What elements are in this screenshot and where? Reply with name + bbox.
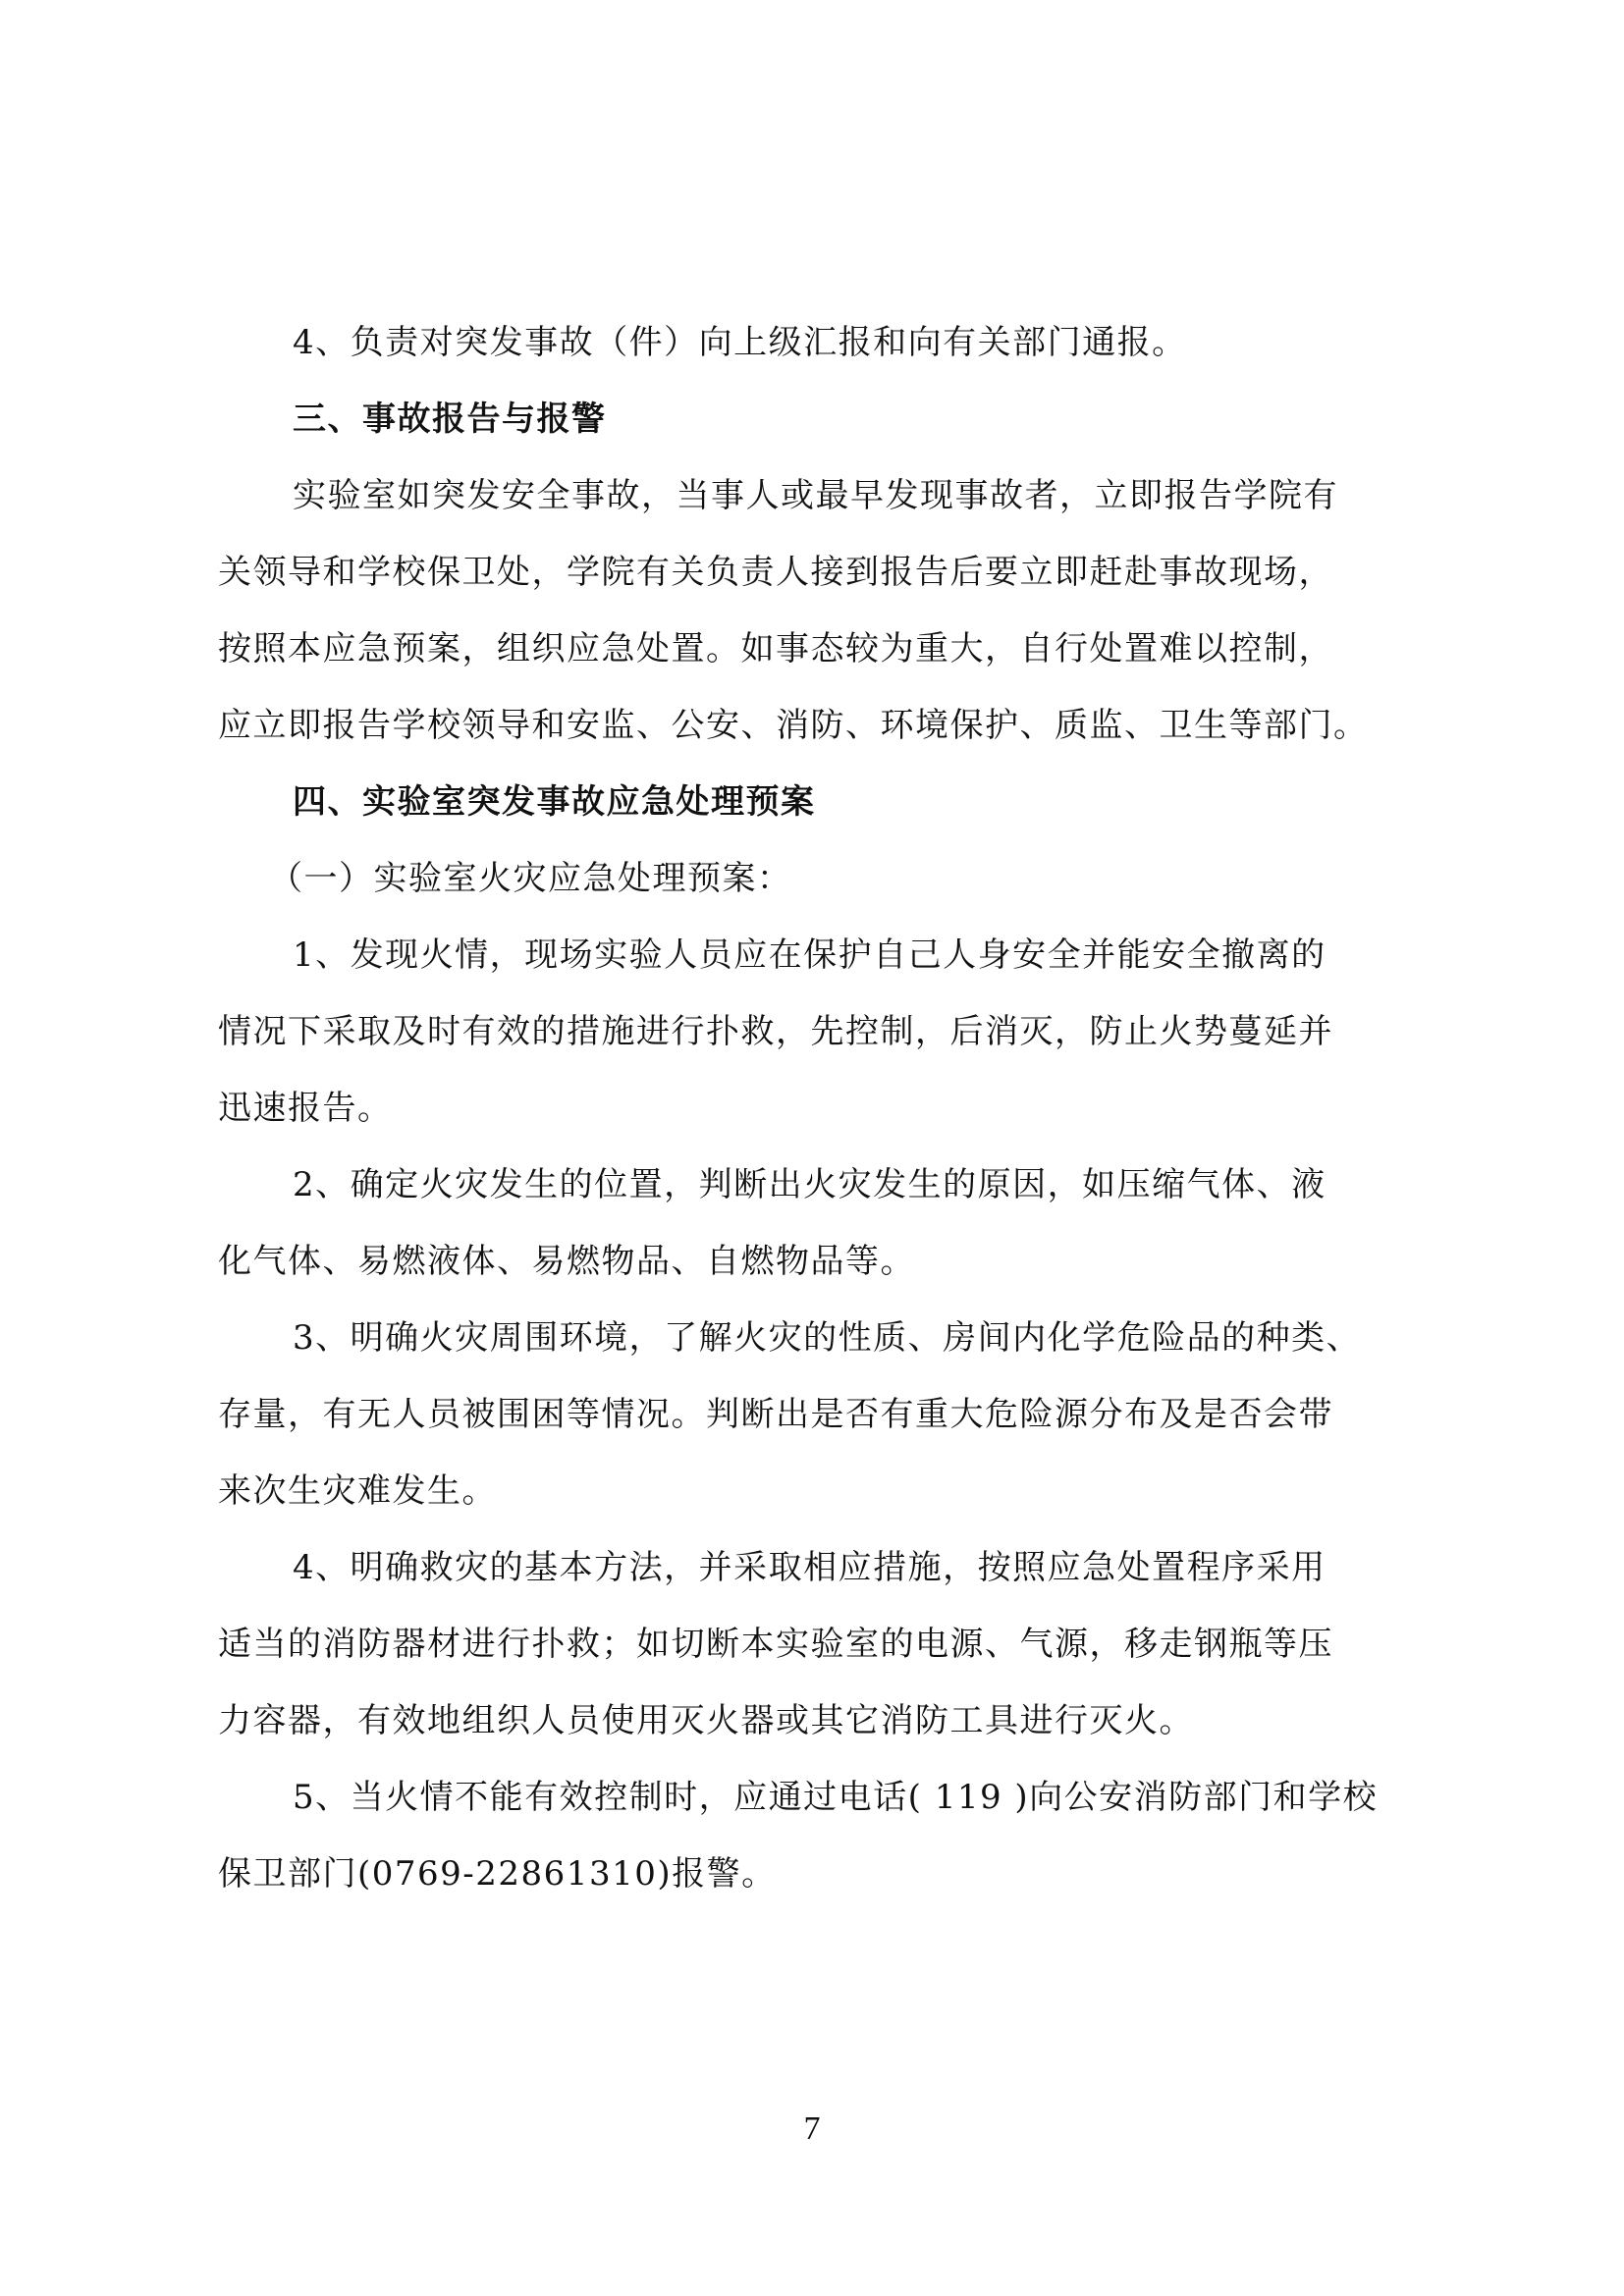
document-page: 4、负责对突发事故（件）向上级汇报和向有关部门通报。 三、事故报告与报警 实验室…	[218, 304, 1435, 1912]
page-number: 7	[0, 2110, 1624, 2148]
text-line: 化气体、易燃液体、易燃物品、自燃物品等。	[218, 1223, 1435, 1300]
text-line: 实验室如突发安全事故，当事人或最早发现事故者，立即报告学院有	[218, 457, 1435, 534]
paragraph-item-4: 4、明确救灾的基本方法，并采取相应措施，按照应急处置程序采用 适当的消防器材进行…	[218, 1529, 1435, 1759]
text-line: 适当的消防器材进行扑救；如切断本实验室的电源、气源，移走钢瓶等压	[218, 1606, 1435, 1682]
text-line: 存量，有无人员被围困等情况。判断出是否有重大危险源分布及是否会带	[218, 1376, 1435, 1453]
text-line: 迅速报告。	[218, 1070, 1435, 1147]
text-line: 3、明确火灾周围环境，了解火灾的性质、房间内化学危险品的种类、	[218, 1300, 1435, 1376]
text-line: 5、当火情不能有效控制时，应通过电话( 119 )向公安消防部门和学校	[218, 1759, 1435, 1836]
text-line: 4、负责对突发事故（件）向上级汇报和向有关部门通报。	[218, 304, 1435, 381]
paragraph-item-1: 1、发现火情，现场实验人员应在保护自己人身安全并能安全撤离的 情况下采取及时有效…	[218, 917, 1435, 1147]
text-line: 1、发现火情，现场实验人员应在保护自己人身安全并能安全撤离的	[218, 917, 1435, 993]
text-line: 2、确定火灾发生的位置，判断出火灾发生的原因，如压缩气体、液	[218, 1147, 1435, 1223]
section-heading-4: 四、实验室突发事故应急处理预案	[218, 764, 1435, 840]
subsection-heading-fire: （一）实验室火灾应急处理预案：	[218, 840, 1435, 917]
text-line: 力容器，有效地组织人员使用灭火器或其它消防工具进行灭火。	[218, 1682, 1435, 1759]
text-line: 关领导和学校保卫处，学院有关负责人接到报告后要立即赶赴事故现场，	[218, 534, 1435, 611]
paragraph-report-duty: 4、负责对突发事故（件）向上级汇报和向有关部门通报。	[218, 304, 1435, 381]
section-heading-3: 三、事故报告与报警	[218, 381, 1435, 457]
paragraph-item-2: 2、确定火灾发生的位置，判断出火灾发生的原因，如压缩气体、液 化气体、易燃液体、…	[218, 1147, 1435, 1300]
text-line: 4、明确救灾的基本方法，并采取相应措施，按照应急处置程序采用	[218, 1529, 1435, 1606]
text-line: 保卫部门(0769-22861310)报警。	[218, 1836, 1435, 1912]
text-line: 情况下采取及时有效的措施进行扑救，先控制，后消灭，防止火势蔓延并	[218, 993, 1435, 1070]
paragraph-accident-report: 实验室如突发安全事故，当事人或最早发现事故者，立即报告学院有 关领导和学校保卫处…	[218, 457, 1435, 764]
text-line: 应立即报告学校领导和安监、公安、消防、环境保护、质监、卫生等部门。	[218, 687, 1435, 764]
text-line: 来次生灾难发生。	[218, 1453, 1435, 1529]
text-line: 按照本应急预案，组织应急处置。如事态较为重大，自行处置难以控制，	[218, 611, 1435, 687]
paragraph-item-5: 5、当火情不能有效控制时，应通过电话( 119 )向公安消防部门和学校 保卫部门…	[218, 1759, 1435, 1912]
paragraph-item-3: 3、明确火灾周围环境，了解火灾的性质、房间内化学危险品的种类、 存量，有无人员被…	[218, 1300, 1435, 1529]
